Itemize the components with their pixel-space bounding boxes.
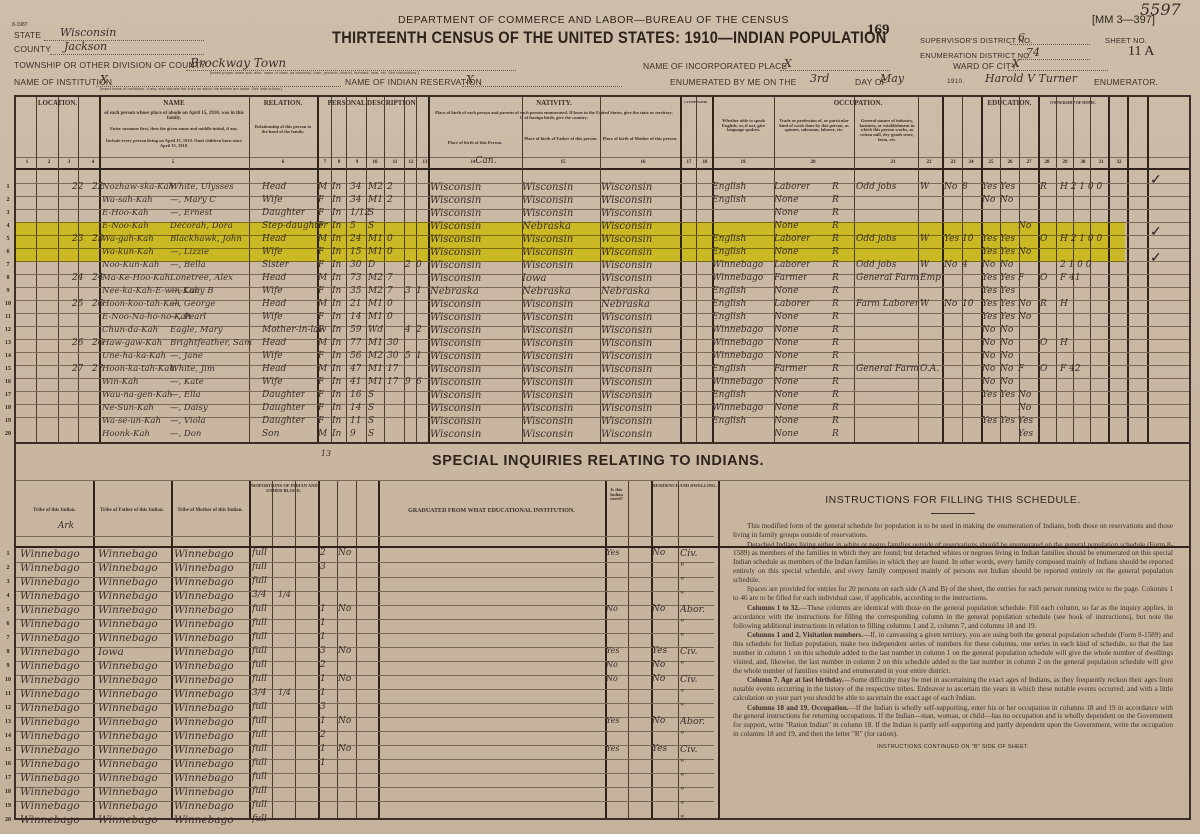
cell-mother: Winnebago	[174, 632, 234, 644]
cell-read: Yes	[982, 312, 997, 322]
cell-dwelling: "	[680, 786, 684, 797]
enumerator-name: Harold V Turner	[985, 72, 1077, 85]
cell-age: 15	[350, 247, 361, 257]
cell-age: 77	[350, 338, 361, 348]
cell-birth: Nebraska	[430, 286, 479, 297]
cell-children-born: 3	[405, 286, 411, 296]
cell-birth: Wisconsin	[430, 299, 481, 310]
cell-r: R	[832, 195, 839, 205]
cell-out-of-work: No	[944, 299, 957, 309]
cell-employer: Emp	[920, 273, 941, 283]
cell-polygamy: No	[338, 646, 351, 656]
cell-language: English	[712, 390, 746, 400]
cell-father-birth: Wisconsin	[522, 338, 573, 349]
cell-r: R	[832, 286, 839, 296]
cell-out-of-work: No	[944, 182, 957, 192]
cell-age: 30	[350, 260, 361, 270]
cell-relation: Head	[262, 182, 286, 192]
cell-relation: Head	[262, 338, 286, 348]
cell-taxed: Yes	[606, 548, 619, 557]
cell-age: 41	[350, 377, 361, 387]
cell-indian-name: Ma-Ke-Hoo-Kah	[102, 273, 170, 283]
column-number: 10	[368, 160, 382, 165]
column-number: 30	[1076, 160, 1090, 165]
cell-dwelling: "	[680, 576, 684, 587]
cell-relation: Sister	[262, 260, 289, 270]
institution-value: X	[100, 73, 108, 86]
cell-dwelling: "	[680, 562, 684, 573]
cell-tribe: Winnebago	[20, 786, 80, 798]
enumeration-value: 74	[1026, 46, 1040, 59]
cell-out-of-work: Yes	[944, 234, 959, 244]
column-number: 18	[698, 160, 712, 165]
cell-name: —, George	[170, 299, 215, 309]
cell-own-land: No	[652, 674, 665, 684]
cell-white: 1/4	[278, 590, 291, 599]
cell-birth: Wisconsin	[430, 195, 481, 206]
cell-indian-name: Nozhaw-ska-Kah	[102, 182, 174, 192]
cell-language: Winnebago	[712, 351, 763, 361]
column-number: 16	[636, 160, 650, 165]
cell-indian-name: Haw-gaw-Kah	[102, 338, 162, 348]
column-number: 26	[1003, 160, 1017, 165]
cell-weeks: 10	[962, 234, 973, 244]
cell-name: —, Bella	[170, 260, 206, 270]
cell-birth: Wisconsin	[430, 312, 481, 323]
cell-write: Yes	[1000, 299, 1015, 309]
cell-indian-name: Noo-Kun-Kah	[102, 260, 159, 270]
cell-race: In	[332, 195, 341, 205]
cell-indian-name: Wa-se-un-Kah	[102, 416, 161, 426]
line-number: 19	[2, 803, 14, 809]
cell-trade: None	[774, 429, 798, 439]
cell-own-land: No	[652, 660, 665, 670]
cell-mother-birth: Wisconsin	[601, 390, 652, 401]
ownership-heading: OWNERSHIP OF HOME.	[1038, 101, 1108, 105]
cell-mother: Winnebago	[174, 576, 234, 588]
cell-name: —, Ella	[170, 390, 201, 400]
column-number: 6	[276, 160, 290, 165]
instruction-paragraph: Spaces are provided for entries for 20 p…	[733, 585, 1173, 603]
cell-dwelling: "	[680, 730, 684, 741]
cell-times-married: 1	[320, 632, 326, 642]
cell-father: Winnebago	[98, 618, 158, 630]
cell-language: Winnebago	[712, 338, 763, 348]
line-number: 10	[2, 301, 14, 307]
instructions-footer: INSTRUCTIONS CONTINUED ON "B" SIDE OF SH…	[733, 744, 1173, 750]
cell-dwelling: Abor.	[680, 716, 705, 727]
cell-indian: 3/4	[252, 688, 266, 698]
cell-farm: No	[1018, 247, 1031, 257]
cell-times-married: 1	[320, 674, 326, 684]
cell-weeks: 8	[962, 182, 968, 192]
column-number: 27	[1022, 160, 1036, 165]
cell-indian: full	[252, 562, 267, 572]
cell-trade: None	[774, 390, 798, 400]
cell-own: O	[1040, 364, 1047, 374]
cell-father: Winnebago	[98, 548, 158, 560]
cell-relation: Wife	[262, 195, 283, 205]
cell-marital: M1	[368, 338, 383, 348]
cell-farm: Yes	[1018, 416, 1033, 426]
cell-name: Blackhawk, John	[170, 234, 242, 244]
state-value: Wisconsin	[60, 26, 116, 39]
cell-trade: Laborer	[774, 260, 810, 270]
cell-marital: M1	[368, 247, 383, 257]
cell-years-married: 17	[387, 377, 398, 387]
cell-own: O	[1040, 273, 1047, 283]
cell-race: In	[332, 364, 341, 374]
cell-age: 56	[350, 351, 361, 361]
cell-mother-birth: Wisconsin	[601, 182, 652, 193]
cell-read: No	[982, 260, 995, 270]
line-number: 12	[2, 705, 14, 711]
cell-birth: Wisconsin	[430, 260, 481, 271]
cell-indian-name: Wau-na-gen-Kah	[102, 390, 173, 400]
cell-r: R	[832, 403, 839, 413]
cell-race: In	[332, 260, 341, 270]
cell-marital: M2	[368, 286, 383, 296]
line-number: 14	[2, 733, 14, 739]
cell-dwelling: 22	[72, 182, 83, 192]
line-number: 8	[2, 275, 14, 281]
cell-employer: W	[920, 299, 929, 309]
cell-father-birth: Wisconsin	[522, 312, 573, 323]
cell-indian: full	[252, 604, 267, 614]
cell-mother: Winnebago	[174, 604, 234, 616]
cell-father: Winnebago	[98, 772, 158, 784]
cell-relation: Wife	[262, 351, 283, 361]
cell-indian: full	[252, 618, 267, 628]
cell-white: 1/4	[278, 688, 291, 697]
cell-times-married: 1	[320, 744, 326, 754]
cell-r: R	[832, 338, 839, 348]
cell-marital: M2	[368, 182, 383, 192]
line-number: 6	[2, 249, 14, 255]
cell-age: 24	[350, 234, 361, 244]
cell-sex: F	[318, 208, 324, 218]
cell-trade: None	[774, 325, 798, 335]
cell-dwelling: "	[680, 618, 684, 629]
cell-father-birth: Wisconsin	[522, 364, 573, 375]
name-heading: NAME	[99, 100, 249, 107]
cell-tribe: Winnebago	[20, 548, 80, 560]
county-value: Jackson	[64, 40, 107, 53]
cell-father: Winnebago	[98, 632, 158, 644]
cell-children-living: 0	[416, 260, 422, 270]
department-heading: DEPARTMENT OF COMMERCE AND LABOR—BUREAU …	[398, 14, 789, 26]
cell-write: Yes	[1000, 286, 1015, 296]
cell-age: 34	[350, 195, 361, 205]
cell-tribe: Winnebago	[20, 688, 80, 700]
cell-father: Winnebago	[98, 604, 158, 616]
cell-tribe: Winnebago	[20, 758, 80, 770]
cell-name: —, Mary C	[170, 195, 216, 205]
enumerated-day: 3rd	[810, 72, 829, 85]
line-number: 20	[2, 817, 14, 823]
line-number: 16	[2, 379, 14, 385]
cell-relation: Head	[262, 299, 286, 309]
cell-taxed: No	[606, 604, 618, 613]
cell-relation: Daughter	[262, 416, 305, 426]
cell-sex: M	[318, 182, 327, 192]
cell-tribe: Winnebago	[20, 590, 80, 602]
ark-note: Ark	[46, 522, 86, 531]
cell-children-living: 2	[416, 325, 422, 335]
cell-times-married: 1	[320, 758, 326, 768]
cell-age: 5	[350, 221, 356, 231]
cell-sex: M	[318, 273, 327, 283]
cell-father-birth: Wisconsin	[522, 208, 573, 219]
cell-trade: None	[774, 377, 798, 387]
cell-own-land: Yes	[652, 646, 667, 656]
cell-father-birth: Wisconsin	[522, 429, 573, 440]
cell-sex: F	[318, 286, 324, 296]
cell-own-land: No	[652, 604, 665, 614]
cell-years-married: 30	[387, 338, 398, 348]
cell-read: No	[982, 338, 995, 348]
cell-read: No	[982, 195, 995, 205]
township-label: TOWNSHIP OR OTHER DIVISION OF COUNTY	[14, 60, 206, 70]
line-number: 7	[2, 262, 14, 268]
cell-language: English	[712, 182, 746, 192]
cell-indian: full	[252, 576, 267, 586]
column-number: 8	[332, 160, 346, 165]
cell-read: Yes	[982, 286, 997, 296]
cell-marital: M2	[368, 273, 383, 283]
cell-farm: No	[1018, 221, 1031, 231]
cell-mother: Winnebago	[174, 688, 234, 700]
cell-name: Decorah, Dora	[170, 221, 233, 231]
cell-polygamy: No	[338, 604, 351, 614]
column-number: 14	[466, 160, 480, 165]
cell-language: Winnebago	[712, 377, 763, 387]
cell-indian: full	[252, 716, 267, 726]
cell-language: English	[712, 312, 746, 322]
line-number: 15	[2, 366, 14, 372]
cell-dwelling: 27	[72, 364, 83, 374]
cell-trade: Farmer	[774, 273, 807, 283]
cell-dwelling: Civ.	[680, 548, 698, 559]
column-number: 5	[166, 160, 180, 165]
cell-times-married: 2	[320, 730, 326, 740]
cell-times-married: 3	[320, 646, 326, 656]
cell-r: R	[832, 429, 839, 439]
cell-marital: M1	[368, 312, 383, 322]
cell-extra: H	[1060, 299, 1068, 309]
column-number: 25	[984, 160, 998, 165]
instructions-title: INSTRUCTIONS FOR FILLING THIS SCHEDULE.	[733, 494, 1173, 506]
cell-r: R	[832, 260, 839, 270]
cell-mother-birth: Wisconsin	[601, 208, 652, 219]
cell-mother: Winnebago	[174, 590, 234, 602]
cell-trade: None	[774, 338, 798, 348]
cell-name: —, Don	[170, 429, 201, 439]
column-number: 3	[62, 160, 76, 165]
cell-years-married: 2	[387, 195, 393, 205]
cell-name: White, Jim	[170, 364, 215, 374]
cell-indian-name: Win-Kah	[102, 377, 139, 387]
cell-mother: Winnebago	[174, 618, 234, 630]
cell-employer: W	[920, 260, 929, 270]
cell-mother: Winnebago	[174, 646, 234, 658]
cell-race: In	[332, 182, 341, 192]
cell-indian: full	[252, 744, 267, 754]
cell-taxed: Yes	[606, 646, 619, 655]
cell-extra: 2 1 0 0	[1060, 260, 1092, 270]
occupation-heading: OCCUPATION.	[774, 100, 942, 107]
township-value: Brockway Town	[190, 56, 286, 70]
column-number: 28	[1040, 160, 1054, 165]
cell-children-living: 1	[416, 286, 422, 296]
cell-tribe: Winnebago	[20, 562, 80, 574]
cell-father: Winnebago	[98, 688, 158, 700]
cell-sex: M	[318, 364, 327, 374]
cell-write: Yes	[1000, 390, 1015, 400]
cell-write: No	[1000, 260, 1013, 270]
cell-children-born: 2	[405, 260, 411, 270]
cell-father: Winnebago	[98, 562, 158, 574]
cell-birth: Wisconsin	[430, 351, 481, 362]
instruction-paragraph: Detached Indians living either in white …	[733, 541, 1173, 585]
cell-sex: M	[318, 429, 327, 439]
cell-father-birth: Wisconsin	[522, 195, 573, 206]
cell-race: In	[332, 208, 341, 218]
cell-father-birth: Wisconsin	[522, 182, 573, 193]
institution-note: [Insert name of institution, if any, and…	[100, 87, 282, 91]
cell-mother: Winnebago	[174, 758, 234, 770]
cell-tribe: Winnebago	[20, 814, 80, 826]
cell-polygamy: No	[338, 674, 351, 684]
cell-race: In	[332, 234, 341, 244]
cell-indian-name: E-Hoo-Kah	[102, 208, 149, 218]
cell-read: Yes	[982, 390, 997, 400]
cell-birth: Wisconsin	[430, 390, 481, 401]
cell-farm: No	[1018, 299, 1031, 309]
cell-years-married: 0	[387, 247, 393, 257]
cell-mother: Winnebago	[174, 562, 234, 574]
cell-relation: Daughter	[262, 403, 305, 413]
cell-race: In	[332, 338, 341, 348]
reservation-value: X	[466, 73, 474, 86]
cell-father: Winnebago	[98, 576, 158, 588]
cell-dwelling: "	[680, 800, 684, 811]
cell-mother-birth: Wisconsin	[601, 338, 652, 349]
cell-trade: Laborer	[774, 182, 810, 192]
line-number: 18	[2, 789, 14, 795]
cell-age: 73	[350, 273, 361, 283]
cell-taxed: Yes	[606, 716, 619, 725]
line-number: 6	[2, 621, 14, 627]
cell-own: O	[1040, 338, 1047, 348]
cell-farm: F	[1018, 364, 1024, 374]
cell-years-married: 30	[387, 351, 398, 361]
cell-mother: Winnebago	[174, 730, 234, 742]
instruction-paragraph: Columns 18 and 19. Occupation.—If the In…	[733, 704, 1173, 739]
cell-mother: Winnebago	[174, 814, 234, 826]
cell-polygamy: No	[338, 716, 351, 726]
cell-language: English	[712, 286, 746, 296]
cell-relation: Head	[262, 234, 286, 244]
cell-extra: H 2 1 0 0	[1060, 182, 1102, 192]
cell-tribe: Winnebago	[20, 618, 80, 630]
column-number: 13	[418, 160, 432, 165]
cell-sex: F	[318, 260, 324, 270]
cell-write: No	[1000, 351, 1013, 361]
census-sheet: 8-1987 STATE Wisconsin COUNTY Jackson TO…	[0, 0, 1200, 834]
cell-relation: Mother-in-law	[262, 325, 326, 335]
cell-language: English	[712, 195, 746, 205]
cell-mother-birth: Nebraska	[601, 299, 650, 310]
cell-tribe: Winnebago	[20, 576, 80, 588]
cell-r: R	[832, 325, 839, 335]
cell-marital: M1	[368, 299, 383, 309]
cell-birth: Wisconsin	[430, 182, 481, 193]
education-heading: EDUCATION.	[981, 100, 1038, 107]
cell-mother: Winnebago	[174, 660, 234, 672]
cell-birth: Wisconsin	[430, 429, 481, 440]
cell-indian-name: Une-ha-ka-Kah	[102, 351, 166, 361]
cell-birth: Wisconsin	[430, 364, 481, 375]
cell-times-married: 3	[320, 702, 326, 712]
cell-marital: M1	[368, 364, 383, 374]
column-number: 11	[388, 160, 402, 165]
line-number: 4	[2, 223, 14, 229]
cell-name: —, Lucy B	[170, 286, 214, 296]
line-number: 11	[2, 691, 14, 697]
cell-indian-name: Hoonk-Kah	[102, 429, 150, 439]
line-number: 13	[2, 340, 14, 346]
cell-children-born: 9	[405, 377, 411, 387]
cell-indian: full	[252, 660, 267, 670]
cell-relation: Daughter	[262, 208, 305, 218]
special-inquiries-title: SPECIAL INQUIRIES RELATING TO INDIANS.	[432, 453, 764, 469]
cell-trade: None	[774, 221, 798, 231]
cell-name: Eagle, Mary	[170, 325, 223, 335]
cell-name: —, Lizzie	[170, 247, 209, 257]
cell-father: Winnebago	[98, 814, 158, 826]
cell-name: White, Ulysses	[170, 182, 234, 192]
cell-father-birth: Nebraska	[522, 286, 571, 297]
column-number: 1	[20, 160, 34, 165]
cell-mother-birth: Wisconsin	[601, 195, 652, 206]
cell-children-living: 6	[416, 377, 422, 387]
cell-sex: F	[318, 325, 324, 335]
line-number: 9	[2, 288, 14, 294]
cell-read: Yes	[982, 247, 997, 257]
cell-tribe: Winnebago	[20, 772, 80, 784]
cell-race: In	[332, 247, 341, 257]
cell-read: No	[982, 364, 995, 374]
column-number: 7	[318, 160, 332, 165]
cell-mother-birth: Wisconsin	[601, 273, 652, 284]
cell-indian-name: Wa-gah-Kah	[102, 234, 154, 244]
cell-race: In	[332, 273, 341, 283]
cell-race: In	[332, 390, 341, 400]
cell-own-land: Yes	[652, 744, 667, 754]
cell-father-birth: Wisconsin	[522, 234, 573, 245]
cell-farm: No	[1018, 390, 1031, 400]
cell-r: R	[832, 247, 839, 257]
enumerator-label: ENUMERATOR.	[1094, 77, 1158, 87]
cell-write: No	[1000, 338, 1013, 348]
year-label: 1910.	[947, 78, 964, 85]
cell-father-birth: Wisconsin	[522, 403, 573, 414]
cell-birth: Wisconsin	[430, 325, 481, 336]
cell-tribe: Winnebago	[20, 716, 80, 728]
cell-marital: M1	[368, 195, 383, 205]
cell-write: Yes	[1000, 182, 1015, 192]
